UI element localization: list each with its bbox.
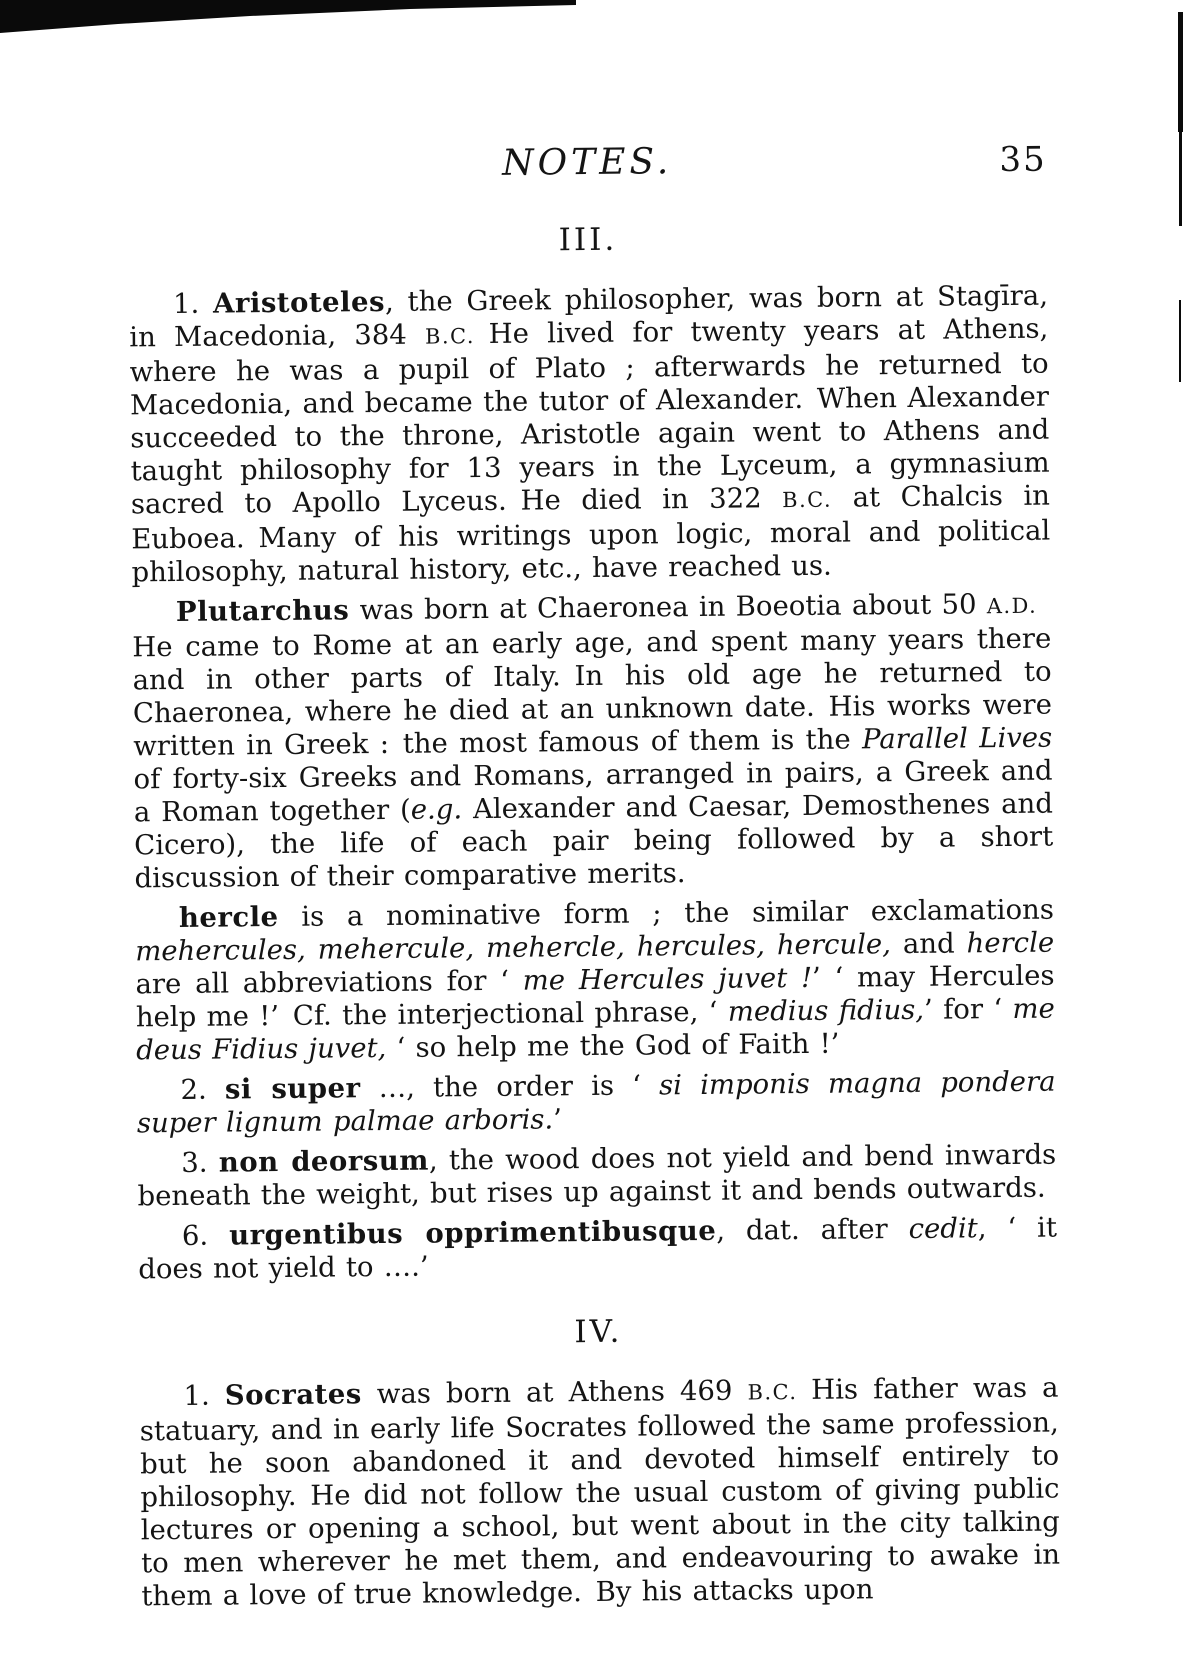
lemma-bold: non deorsum: [219, 1145, 429, 1179]
lemma-bold: Aristoteles: [213, 286, 385, 320]
note-paragraph: Plutarchus was born at Chaeronea in Boeo…: [132, 588, 1054, 896]
page-number: 35: [999, 140, 1047, 180]
lemma-bold: si super: [225, 1072, 361, 1105]
note-paragraph: 3. non deorsum, the wood does not yield …: [137, 1139, 1057, 1214]
text-run: was born at Athens 469: [362, 1375, 748, 1411]
lemma-bold: Socrates: [225, 1378, 362, 1411]
text-run: ‘ so help me the God of Faith !’: [386, 1028, 839, 1064]
running-head-title: NOTES.: [128, 138, 1047, 188]
latin-italic: Parallel Lives: [862, 722, 1053, 756]
smallcaps-abbrev: A.D.: [987, 594, 1038, 618]
text-run: …, the order is ‘: [360, 1069, 659, 1104]
text-run: ’: [553, 1103, 562, 1135]
latin-italic: cedit: [908, 1212, 977, 1245]
note-paragraph: 6. urgentibus opprimentibusque, dat. aft…: [138, 1212, 1058, 1287]
lemma-bold: urgentibus opprimentibusque: [229, 1215, 716, 1252]
text-run: 6.: [182, 1219, 229, 1251]
text-run: 2.: [180, 1074, 225, 1106]
text-run: 1.: [183, 1380, 225, 1412]
scan-line-right-edge: [1179, 130, 1182, 226]
section-heading: IV.: [139, 1310, 1058, 1355]
lemma-bold: Plutarchus: [176, 594, 350, 628]
scan-line-right-edge: [1179, 300, 1181, 382]
note-paragraph: 1. Socrates was born at Athens 469 B.C. …: [139, 1372, 1060, 1614]
book-page: NOTES. 35 III.1. Aristoteles, the Greek …: [0, 0, 1184, 1668]
smallcaps-abbrev: B.C.: [782, 488, 832, 512]
scan-line-right-edge: [1178, 12, 1183, 132]
latin-italic: me Hercules juvet !: [523, 962, 813, 997]
smallcaps-abbrev: B.C.: [425, 324, 475, 348]
section-heading: III.: [128, 218, 1047, 263]
running-head: NOTES. 35: [128, 138, 1047, 195]
text-run: was born at Chaeronea in Boeotia about 5…: [349, 588, 987, 626]
latin-italic: e.g.: [411, 793, 463, 825]
page-content: NOTES. 35 III.1. Aristoteles, the Greek …: [126, 0, 1060, 1620]
latin-italic: hercle: [966, 927, 1054, 960]
text-run: 3.: [181, 1147, 219, 1179]
text-run: 1.: [173, 288, 213, 320]
notes-body: III.1. Aristoteles, the Greek philosophe…: [128, 218, 1060, 1614]
latin-italic: medius fidius,: [728, 994, 925, 1028]
lemma-bold: hercle: [179, 901, 279, 934]
text-run: and: [891, 927, 967, 960]
smallcaps-abbrev: B.C.: [747, 1380, 797, 1404]
text-run: ’ for ‘: [924, 993, 1013, 1026]
text-run: , dat. after: [716, 1213, 909, 1247]
note-paragraph: hercle is a nominative form ; the simila…: [135, 894, 1056, 1068]
note-paragraph: 1. Aristoteles, the Greek philosopher, w…: [129, 280, 1051, 590]
note-paragraph: 2. si super …, the order is ‘ si imponis…: [136, 1066, 1056, 1141]
text-run: are all abbreviations for ‘: [135, 965, 522, 1001]
